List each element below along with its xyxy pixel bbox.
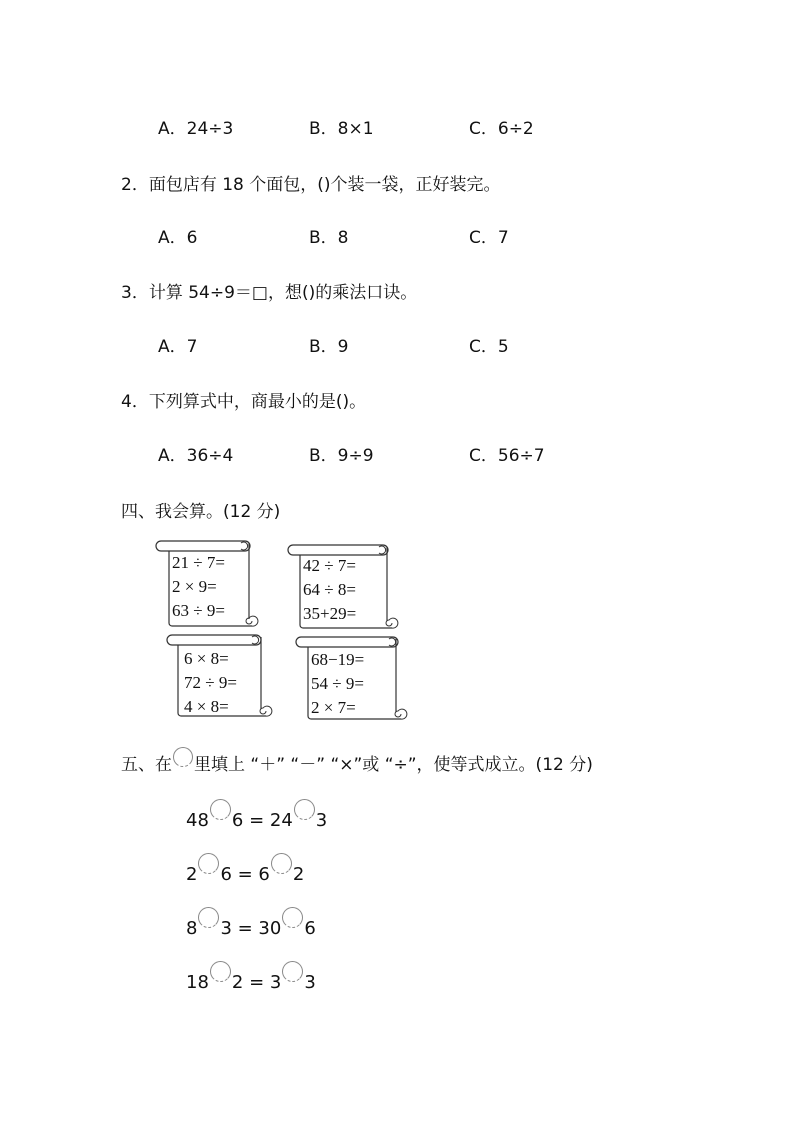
calc-line: 72 ÷ 9=	[184, 671, 237, 695]
equation-3: 83 = 306	[186, 907, 316, 939]
operator-blank-input[interactable]	[294, 799, 315, 820]
calc-scroll-3: 6 × 8= 72 ÷ 9= 4 × 8=	[168, 633, 276, 723]
calc-scroll-2: 42 ÷ 7= 64 ÷ 8= 35+29=	[289, 543, 404, 633]
question-4: 4．下列算式中，商最小的是()。	[121, 387, 366, 412]
calc-line: 64 ÷ 8=	[303, 578, 356, 602]
question-3: 3．计算 54÷9＝□，想()的乘法口诀。	[121, 278, 417, 303]
q4-option-a[interactable]: A．36÷4	[158, 441, 233, 466]
calc-line: 35+29=	[303, 602, 356, 626]
calc-line: 42 ÷ 7=	[303, 554, 356, 578]
operator-blank-input[interactable]	[210, 961, 231, 982]
operator-blank-input[interactable]	[210, 799, 231, 820]
calc-line: 6 × 8=	[184, 647, 237, 671]
calc-line: 54 ÷ 9=	[311, 672, 364, 696]
calc-line: 63 ÷ 9=	[172, 599, 225, 623]
operator-blank-input[interactable]	[282, 907, 303, 928]
q2-option-c[interactable]: C．7	[469, 223, 509, 248]
operator-blank-input[interactable]	[198, 907, 219, 928]
calc-line: 21 ÷ 7=	[172, 551, 225, 575]
equation-1: 486 = 243	[186, 799, 327, 831]
calc-line: 2 × 9=	[172, 575, 225, 599]
calc-line: 2 × 7=	[311, 696, 364, 720]
q1-option-c[interactable]: C．6÷2	[469, 114, 534, 139]
calc-scroll-1: 21 ÷ 7= 2 × 9= 63 ÷ 9=	[157, 539, 262, 629]
q3-option-b[interactable]: B．9	[309, 332, 349, 357]
q1-option-b[interactable]: B．8×1	[309, 114, 374, 139]
section-4-title: 四、我会算。(12 分)	[121, 497, 280, 522]
q3-option-c[interactable]: C．5	[469, 332, 509, 357]
section-5-title: 五、在里填上 “＋” “－” “×”或 “÷”，使等式成立。(12 分)	[121, 747, 593, 775]
q1-option-a[interactable]: A．24÷3	[158, 114, 233, 139]
q3-option-a[interactable]: A．7	[158, 332, 197, 357]
equation-4: 182 = 33	[186, 961, 316, 993]
question-2: 2．面包店有 18 个面包，()个装一袋，正好装完。	[121, 170, 501, 195]
calc-line: 68−19=	[311, 648, 364, 672]
q2-option-a[interactable]: A．6	[158, 223, 197, 248]
calc-scroll-4: 68−19= 54 ÷ 9= 2 × 7=	[297, 635, 412, 725]
blank-circle-icon	[173, 747, 193, 767]
calc-line: 4 × 8=	[184, 695, 237, 719]
q4-option-b[interactable]: B．9÷9	[309, 441, 374, 466]
equation-2: 26 = 62	[186, 853, 304, 885]
operator-blank-input[interactable]	[282, 961, 303, 982]
q4-option-c[interactable]: C．56÷7	[469, 441, 545, 466]
operator-blank-input[interactable]	[198, 853, 219, 874]
operator-blank-input[interactable]	[271, 853, 292, 874]
q2-option-b[interactable]: B．8	[309, 223, 349, 248]
